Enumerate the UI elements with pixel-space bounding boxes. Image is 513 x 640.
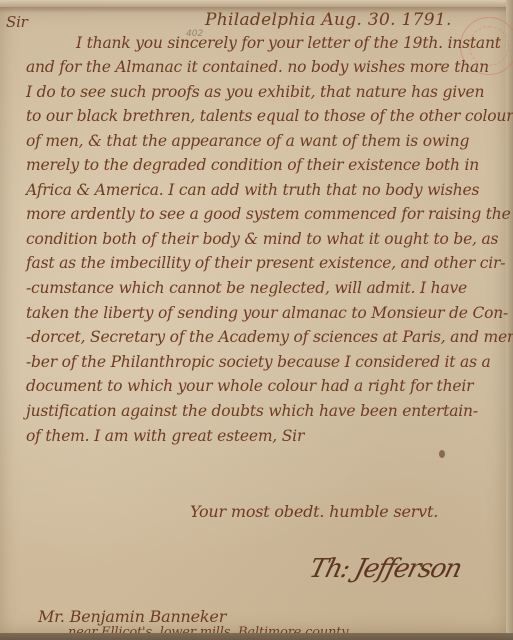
body-line: more ardently to see a good system comme… bbox=[26, 205, 511, 223]
body-line: justification against the doubts which h… bbox=[26, 402, 478, 420]
body-line: -ber of the Philanthropic society becaus… bbox=[26, 353, 491, 371]
body-line: and for the Almanac it contained. no bod… bbox=[26, 58, 489, 76]
body-line: -cumstance which cannot be neglected, wi… bbox=[26, 279, 467, 297]
place-date-heading: Philadelphia Aug. 30. 1791. bbox=[205, 10, 452, 30]
body-line: condition both of their body & mind to w… bbox=[26, 230, 498, 248]
signature: Th: Jefferson bbox=[306, 554, 464, 584]
ink-blot bbox=[439, 450, 445, 458]
body-line: fast as the imbecillity of their present… bbox=[26, 254, 505, 272]
salutation: Sir bbox=[6, 13, 28, 31]
scan-frame-top bbox=[0, 0, 513, 7]
body-line: document to which your whole colour had … bbox=[26, 377, 473, 395]
body-line: of men, & that the appearance of a want … bbox=[26, 132, 469, 150]
letter-page: Sir Philadelphia Aug. 30. 1791. 402 I th… bbox=[0, 7, 506, 633]
addressee: Mr. Benjamin Banneker bbox=[38, 607, 226, 626]
body-line: merely to the degraded condition of thei… bbox=[26, 156, 479, 174]
body-line: to our black brethren, talents equal to … bbox=[26, 107, 513, 125]
body-line: of them. I am with great esteem, Sir bbox=[26, 427, 304, 445]
scan-frame-bottom bbox=[0, 633, 513, 640]
body-line: taken the liberty of sending your almana… bbox=[26, 304, 508, 322]
body-line: I thank you sincerely for your letter of… bbox=[76, 34, 501, 52]
closing: Your most obedt. humble servt. bbox=[190, 502, 438, 521]
body-line: Africa & America. I can add with truth t… bbox=[26, 181, 479, 199]
body-line: -dorcet, Secretary of the Academy of sci… bbox=[26, 328, 513, 346]
body-line: I do to see such proofs as you exhibit, … bbox=[26, 83, 484, 101]
